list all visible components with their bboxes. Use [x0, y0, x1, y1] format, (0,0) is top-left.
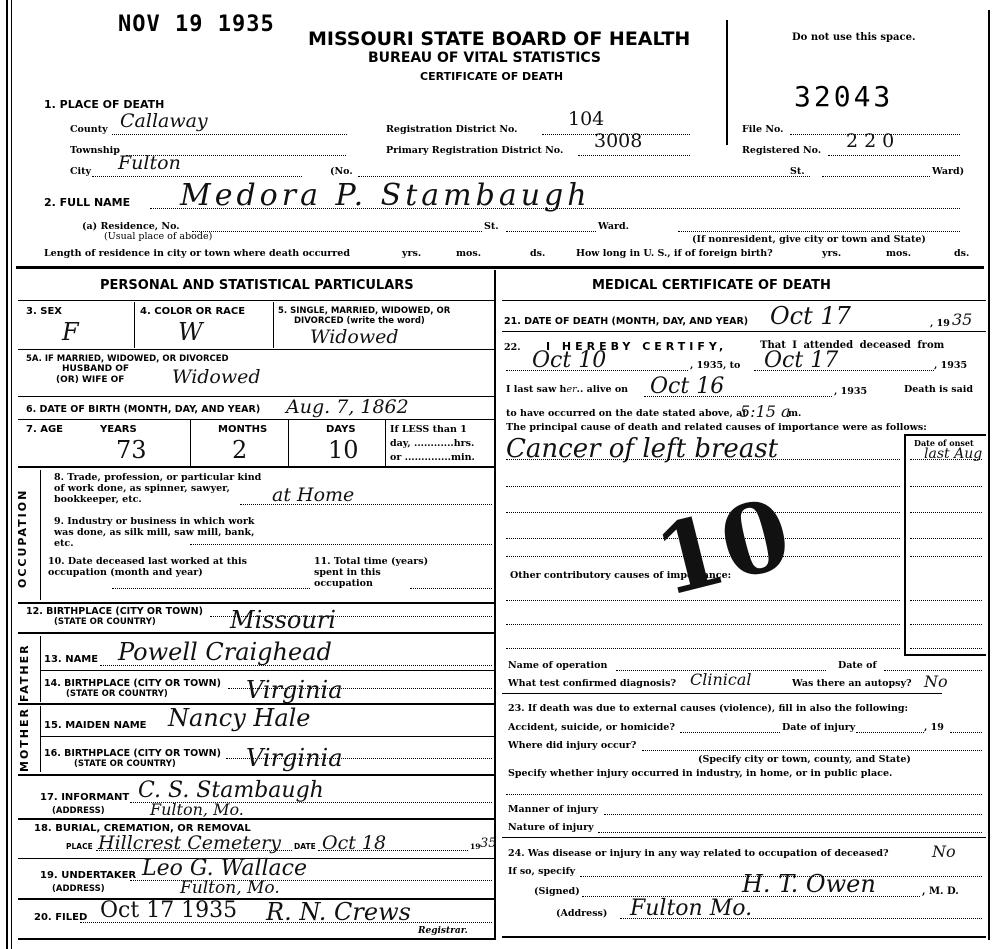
registration-district-label: Registration District No. — [386, 124, 517, 135]
birthplace-value: Missouri — [230, 606, 336, 634]
registered-no-label: Registered No. — [742, 145, 821, 156]
onset-line-1 — [910, 459, 982, 460]
date-of-death-label: 21. DATE OF DEATH (MONTH, DAY, AND YEAR) — [504, 316, 748, 327]
residence-ward-line — [506, 231, 596, 232]
days-divider — [385, 420, 386, 466]
bottom-rule-right — [502, 936, 986, 938]
residence-sub-label: (Usual place of abode) — [104, 231, 212, 242]
md-label: , M. D. — [922, 886, 959, 897]
race-divider — [273, 302, 274, 348]
total-time-label: 11. Total time (years) spent in this occ… — [314, 556, 434, 589]
last-saw-label: I last saw her.. alive on — [506, 384, 628, 395]
burial-date-label: DATE — [294, 842, 316, 851]
onset-line-4 — [910, 538, 982, 539]
undertaker-address-label: (ADDRESS) — [52, 884, 105, 894]
nature-of-injury-label: Nature of injury — [508, 822, 594, 833]
onset-box-bottom — [904, 654, 986, 656]
filed-date-value: Oct 17 1935 — [100, 898, 237, 923]
spouse-label-2: HUSBAND OF — [62, 364, 129, 374]
diagnosis-value: Clinical — [690, 670, 752, 689]
certificate-number: 32043 — [794, 80, 893, 113]
diagnosis-label: What test confirmed diagnosis? — [508, 678, 676, 689]
mother-name-label: 15. MAIDEN NAME — [44, 720, 146, 731]
street-label: St. — [790, 166, 805, 177]
date-of-death-value: Oct 17 — [770, 302, 851, 330]
personal-section-title: PERSONAL AND STATISTICAL PARTICULARS — [100, 278, 414, 293]
last-worked-line — [112, 588, 310, 589]
alive-on-text: alive on — [587, 384, 629, 395]
occupation-vertical-label: OCCUPATION — [16, 489, 29, 588]
spouse-label-3: (OR) WIFE OF — [56, 375, 124, 385]
marital-value: Widowed — [310, 326, 399, 348]
date-of-death-year: 35 — [952, 310, 972, 329]
registered-no-value: 220 — [846, 130, 900, 152]
informant-address-value: Fulton, Mo. — [150, 800, 244, 819]
length-of-residence-label: Length of residence in city or town wher… — [44, 248, 350, 259]
spouse-label-1: 5A. IF MARRIED, WIDOWED, OR DIVORCED — [26, 354, 229, 364]
mother-birthplace-value: Virginia — [246, 744, 343, 772]
right-border — [988, 10, 990, 940]
attended-to-year: , 1935 — [934, 360, 967, 371]
marital-label: 5. SINGLE, MARRIED, WIDOWED, OR — [278, 306, 450, 316]
date-of-operation-label: Date of — [838, 660, 877, 671]
last-saw-value: Oct 16 — [650, 374, 724, 399]
years-value: 73 — [116, 436, 147, 464]
time-suffix: m. — [788, 408, 801, 419]
where-injury-label: Where did injury occur? — [508, 740, 636, 751]
time-of-death-value: 5:15 a — [740, 402, 791, 421]
minutes-label: or ..............min. — [390, 452, 475, 463]
mother-birthplace-label: 16. BIRTHPLACE (CITY OR TOWN) — [44, 748, 221, 759]
mother-birthplace-sub: (STATE OR COUNTRY) — [74, 759, 176, 769]
mother-vertical-label: MOTHER — [18, 707, 31, 772]
father-birthplace-label: 14. BIRTHPLACE (CITY OR TOWN) — [44, 678, 221, 689]
diagnosis-rule — [502, 693, 942, 694]
burial-place-value: Hillcrest Cemetery — [98, 832, 281, 854]
death-is-said: Death is said — [904, 384, 973, 395]
father-name-value: Powell Craighead — [118, 638, 332, 666]
total-time-line — [410, 588, 492, 589]
birthplace-label: 12. BIRTHPLACE (CITY OR TOWN) — [26, 606, 203, 617]
certify-number: 22. — [504, 342, 521, 353]
injury-place-type-label: Specify whether injury occurred in indus… — [508, 768, 892, 779]
physician-signature: H. T. Owen — [742, 870, 876, 898]
occupation-rule — [18, 602, 494, 604]
autopsy-value: No — [924, 672, 948, 691]
burial-year-prefix: 19 — [470, 842, 480, 851]
trade-label-text: 8. Trade, profession, or particular kind… — [54, 472, 261, 505]
onset-box-left — [904, 434, 906, 656]
onset-line-2 — [910, 486, 982, 487]
street-no-label: (No. — [330, 166, 353, 177]
injury-date-label: Date of injury — [782, 722, 855, 733]
father-name-label: 13. NAME — [44, 654, 98, 665]
left-border-inner — [11, 0, 12, 949]
nature-of-injury-line — [598, 832, 982, 833]
office-use-note: Do not use this space. — [792, 32, 915, 43]
attended-to-value: Oct 17 — [764, 348, 838, 373]
foreign-mos-label: mos. — [886, 248, 911, 259]
street-no-line — [358, 176, 810, 177]
birthplace-rule — [18, 632, 494, 634]
primary-registration-line — [578, 155, 690, 156]
where-injury-line — [642, 750, 982, 751]
occurred-text: to have occurred on the date stated abov… — [506, 408, 747, 419]
days-label: DAYS — [326, 424, 356, 435]
occupation-related-label: 24. Was disease or injury in any way rel… — [508, 848, 889, 859]
last-worked-label: 10. Date deceased last worked at this oc… — [48, 556, 268, 578]
external-causes-label: 23. If death was due to external causes … — [508, 703, 908, 714]
mother-name-rule — [40, 736, 494, 737]
form-name: CERTIFICATE OF DEATH — [420, 70, 563, 83]
months-value: 2 — [232, 436, 247, 464]
nonresident-note: (If nonresident, give city or town and S… — [692, 234, 926, 245]
ward-line — [822, 176, 930, 177]
burial-year-value: 35 — [480, 836, 497, 851]
last-saw-her: er — [566, 384, 576, 395]
last-worked-label-text: 10. Date deceased last worked at this oc… — [48, 556, 247, 578]
dod-rule — [502, 331, 986, 332]
attended-from-value: Oct 10 — [532, 348, 606, 373]
document-title: MISSOURI STATE BOARD OF HEALTH — [308, 28, 690, 50]
residence-line — [192, 231, 482, 232]
manner-of-injury-label: Manner of injury — [508, 804, 598, 815]
foreign-yrs-label: yrs. — [822, 248, 841, 259]
row-6-rule — [18, 419, 494, 420]
months-divider — [288, 420, 289, 466]
city-value: Fulton — [118, 152, 181, 174]
manner-of-injury-line — [604, 814, 982, 815]
nonresident-line — [678, 231, 960, 232]
onset-line-5 — [910, 556, 982, 557]
sex-label: 3. SEX — [26, 306, 62, 317]
operation-label: Name of operation — [508, 660, 607, 671]
burial-date-value: Oct 18 — [322, 832, 386, 854]
physician-address-value: Fulton Mo. — [630, 896, 752, 921]
informant-address-label: (ADDRESS) — [52, 806, 105, 816]
last-saw-year: , 1935 — [834, 386, 867, 397]
dob-value: Aug. 7, 1862 — [286, 396, 409, 418]
left-border — [6, 0, 8, 949]
city-line — [92, 176, 302, 177]
months-label: MONTHS — [218, 424, 267, 435]
row-5a-rule — [18, 396, 494, 397]
registrar-signature: R. N. Crews — [266, 898, 411, 926]
residence-ward-label: Ward. — [598, 221, 629, 232]
contributory-line-2 — [506, 624, 900, 625]
contributory-line-3 — [506, 648, 900, 649]
hours-label: day, ............hrs. — [390, 438, 474, 449]
signed-label: (Signed) — [534, 886, 580, 897]
county-value: Callaway — [120, 110, 208, 132]
where-injury-sub: (Specify city or town, county, and State… — [698, 754, 911, 765]
father-birthplace-value: Virginia — [246, 676, 343, 704]
county-label: County — [70, 124, 108, 135]
accident-label: Accident, suicide, or homicide? — [508, 722, 675, 733]
autopsy-label: Was there an autopsy? — [792, 678, 912, 689]
residence-st-label: St. — [484, 221, 499, 232]
full-name-label: 2. FULL NAME — [44, 196, 130, 209]
annotation-mark: 10 — [646, 485, 799, 610]
left-section-rule — [18, 300, 494, 301]
age-label: 7. AGE — [26, 424, 63, 435]
undertaker-label: 19. UNDERTAKER — [40, 870, 136, 881]
full-name-value: Medora P. Stambaugh — [180, 178, 591, 213]
header-divider — [16, 266, 984, 269]
length-mos-label: mos. — [456, 248, 481, 259]
informant-rule — [18, 818, 494, 820]
row-7-rule — [18, 466, 494, 468]
trade-label: 8. Trade, profession, or particular kind… — [54, 472, 264, 505]
registered-no-line — [828, 155, 960, 156]
marital-label-2: DIVORCED (write the word) — [294, 316, 425, 326]
office-box-divider — [726, 20, 728, 145]
registration-district-value: 104 — [568, 108, 604, 130]
length-yrs-label: yrs. — [402, 248, 421, 259]
mother-name-value: Nancy Hale — [168, 704, 311, 732]
onset-line-7 — [910, 624, 982, 625]
father-vertical-label: FATHER — [18, 643, 31, 702]
right-section-rule — [502, 300, 986, 301]
date-of-operation-line — [884, 670, 982, 671]
occupation-bracket — [40, 470, 41, 600]
father-bracket — [40, 636, 41, 702]
primary-registration-label: Primary Registration District No. — [386, 145, 563, 156]
father-birthplace-sub: (STATE OR COUNTRY) — [66, 689, 168, 699]
mother-rule — [18, 774, 494, 776]
total-time-label-text: 11. Total time (years) spent in this occ… — [314, 556, 428, 589]
bottom-rule-left — [18, 938, 494, 940]
medical-section-title: MEDICAL CERTIFICATE OF DEATH — [592, 278, 831, 293]
years-divider — [190, 420, 191, 466]
injury-place-type-line — [506, 794, 982, 795]
injury-year-line — [950, 732, 982, 733]
last-saw-text: I last saw h — [506, 384, 566, 395]
row-3-5-rule — [18, 349, 494, 350]
accident-line — [680, 732, 780, 733]
onset-box-top — [904, 434, 986, 436]
industry-line — [190, 544, 492, 545]
cause-line-2 — [506, 486, 900, 487]
primary-registration-value: 3008 — [594, 130, 642, 152]
document-subtitle: BUREAU OF VITAL STATISTICS — [368, 50, 601, 66]
foreign-birth-label: How long in U. S., if of foreign birth? — [576, 248, 773, 259]
onset-line-6 — [910, 600, 982, 601]
attended-from-year: , 1935, to — [690, 360, 740, 371]
occupation-related-value: No — [932, 842, 956, 861]
file-no-label: File No. — [742, 124, 783, 135]
spouse-value: Widowed — [172, 366, 261, 388]
trade-value: at Home — [272, 484, 354, 506]
date-of-death-year-prefix: , 19 — [930, 318, 950, 329]
foreign-ds-label: ds. — [954, 248, 969, 259]
days-value: 10 — [328, 436, 359, 464]
ward-label: Ward) — [932, 166, 964, 177]
onset-line-8 — [910, 648, 982, 649]
received-stamp: NOV 19 1935 — [118, 12, 275, 37]
less-than-day-label: If LESS than 1 — [390, 424, 467, 435]
years-label: YEARS — [100, 424, 137, 435]
physician-address-label: (Address) — [556, 908, 607, 919]
cause-line-1 — [506, 459, 900, 460]
external-rule — [502, 837, 986, 838]
registrar-label: Registrar. — [418, 926, 468, 936]
principal-cause-label: The principal cause of death and related… — [506, 422, 927, 433]
township-label: Township — [70, 145, 120, 156]
county-line — [112, 134, 347, 135]
if-so-specify-label: If so, specify — [508, 866, 575, 877]
undertaker-rule — [18, 898, 494, 900]
onset-line-3 — [910, 512, 982, 513]
city-label: City — [70, 166, 91, 177]
dob-label: 6. DATE OF BIRTH (MONTH, DAY, AND YEAR) — [26, 404, 260, 415]
mother-bracket — [40, 706, 41, 772]
injury-year-label: , 19 — [924, 722, 944, 733]
burial-place-label: PLACE — [66, 842, 93, 851]
birthplace-sub-label: (STATE OR COUNTRY) — [54, 617, 156, 627]
informant-label: 17. INFORMANT — [40, 792, 129, 803]
injury-date-line — [856, 732, 924, 733]
race-label: 4. COLOR OR RACE — [140, 306, 245, 317]
race-value: W — [178, 318, 203, 346]
length-ds-label: ds. — [530, 248, 545, 259]
sex-value: F — [62, 318, 79, 346]
sex-divider — [134, 302, 135, 348]
father-name-rule — [40, 670, 494, 671]
undertaker-address-value: Fulton, Mo. — [180, 878, 280, 898]
